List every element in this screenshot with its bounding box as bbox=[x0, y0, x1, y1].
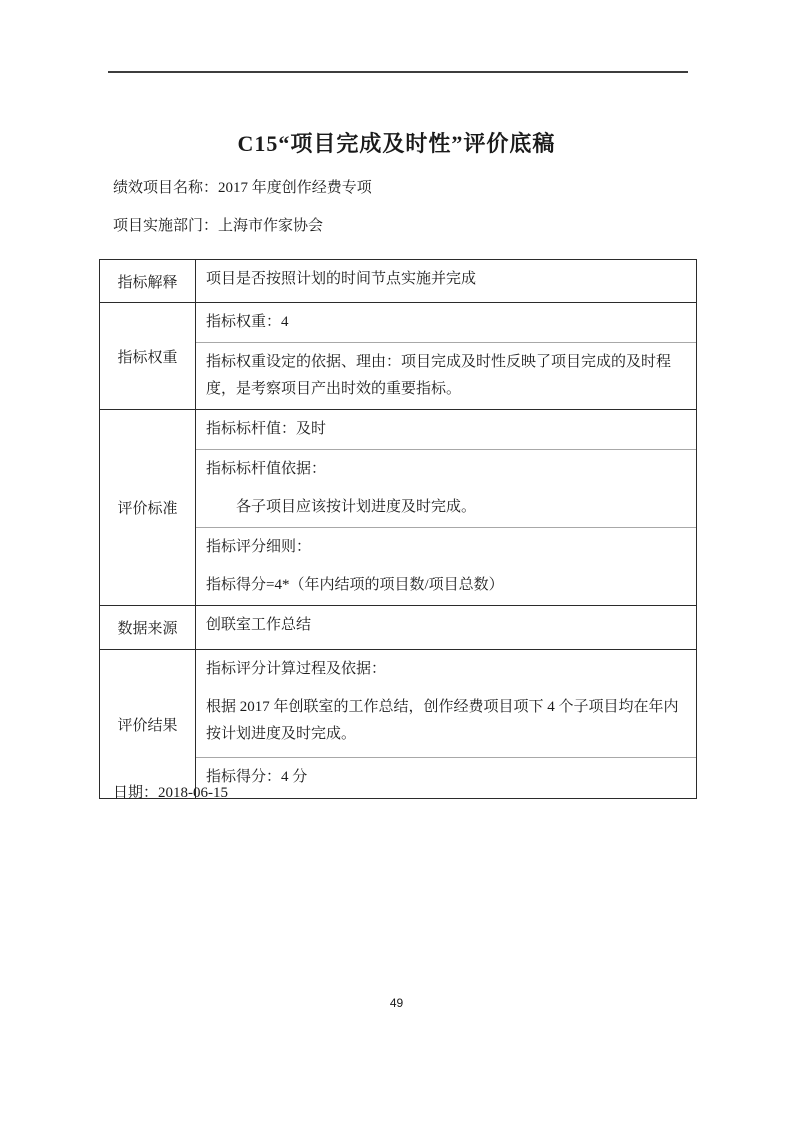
page-title: C15“项目完成及时性”评价底稿 bbox=[0, 127, 793, 158]
department-line: 项目实施部门：上海市作家协会 bbox=[113, 215, 323, 237]
cell-text: 各子项目应该按计划进度及时完成。 bbox=[206, 494, 680, 521]
cell-data-source: 创联室工作总结 bbox=[196, 606, 696, 649]
cell-indicator-score: 指标得分：4 分 bbox=[196, 757, 696, 798]
cell-indicator-explanation: 项目是否按照计划的时间节点实施并完成 bbox=[196, 260, 696, 302]
cell-text: 指标得分：4 分 bbox=[206, 764, 680, 791]
table-row-data-source: 数据来源 创联室工作总结 bbox=[100, 605, 696, 649]
evaluation-table: 指标解释 项目是否按照计划的时间节点实施并完成 指标权重 指标权重：4 指标权重… bbox=[99, 259, 697, 799]
table-row-evaluation-criteria: 评价标准 指标标杆值：及时 指标标杆值依据： 各子项目应该按计划进度及时完成。 … bbox=[100, 409, 696, 605]
table-row-indicator-weight: 指标权重 指标权重：4 指标权重设定的依据、理由：项目完成及时性反映了项目完成的… bbox=[100, 302, 696, 409]
cell-benchmark-value: 指标标杆值：及时 bbox=[196, 410, 696, 449]
row-label-indicator-weight: 指标权重 bbox=[100, 303, 196, 409]
table-row-evaluation-result: 评价结果 指标评分计算过程及依据： 根据 2017 年创联室的工作总结，创作经费… bbox=[100, 649, 696, 798]
cell-text: 指标得分=4*（年内结项的项目数/项目总数） bbox=[206, 572, 680, 599]
project-name-line: 绩效项目名称：2017 年度创作经费专项 bbox=[113, 177, 372, 199]
row-label-data-source: 数据来源 bbox=[100, 606, 196, 649]
cell-text: 指标评分计算过程及依据： bbox=[206, 656, 680, 683]
cell-text: 指标评分细则： bbox=[206, 534, 680, 561]
cell-text: 根据 2017 年创联室的工作总结，创作经费项目项下 4 个子项目均在年内按计划… bbox=[206, 694, 680, 748]
row-label-evaluation-criteria: 评价标准 bbox=[100, 410, 196, 605]
cell-scoring-rules: 指标评分细则： 指标得分=4*（年内结项的项目数/项目总数） bbox=[196, 527, 696, 605]
header-rule bbox=[108, 71, 688, 73]
cell-weight-rationale: 指标权重设定的依据、理由：项目完成及时性反映了项目完成的及时程度，是考察项目产出… bbox=[196, 342, 696, 409]
cell-benchmark-basis: 指标标杆值依据： 各子项目应该按计划进度及时完成。 bbox=[196, 449, 696, 527]
cell-text: 项目是否按照计划的时间节点实施并完成 bbox=[206, 266, 680, 293]
cell-text: 指标权重设定的依据、理由：项目完成及时性反映了项目完成的及时程度，是考察项目产出… bbox=[206, 349, 680, 403]
row-label-indicator-explanation: 指标解释 bbox=[100, 260, 196, 302]
page-number: 49 bbox=[0, 996, 793, 1010]
document-page: C15“项目完成及时性”评价底稿 绩效项目名称：2017 年度创作经费专项 项目… bbox=[0, 0, 793, 1122]
cell-text: 创联室工作总结 bbox=[206, 612, 680, 639]
cell-text: 指标标杆值依据： bbox=[206, 456, 680, 483]
cell-weight-value: 指标权重：4 bbox=[196, 303, 696, 342]
table-row-indicator-explanation: 指标解释 项目是否按照计划的时间节点实施并完成 bbox=[100, 260, 696, 302]
cell-text: 指标权重：4 bbox=[206, 309, 680, 336]
cell-score-calculation: 指标评分计算过程及依据： 根据 2017 年创联室的工作总结，创作经费项目项下 … bbox=[196, 650, 696, 757]
row-label-evaluation-result: 评价结果 bbox=[100, 650, 196, 798]
cell-text: 指标标杆值：及时 bbox=[206, 416, 680, 443]
date-line: 日期：2018-06-15 bbox=[113, 783, 228, 803]
